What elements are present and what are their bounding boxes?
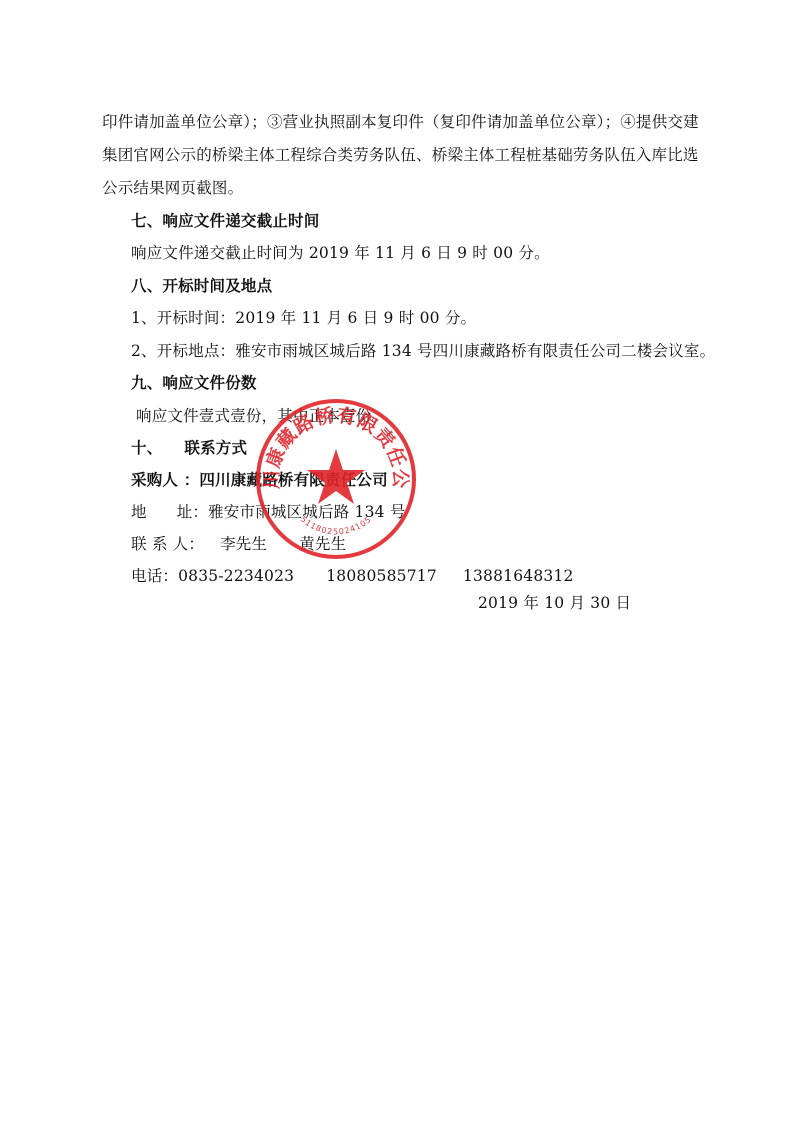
section-8-item-1: 1、开标时间：2019 年 11 月 6 日 9 时 00 分。	[131, 308, 476, 328]
phone-row: 电话：0835-22340231808058571713881648312	[131, 566, 574, 586]
phone-number-3: 13881648312	[463, 567, 574, 585]
paragraph-line-2: 集团官网公示的桥梁主体工程综合类劳务队伍、桥梁主体工程桩基础劳务队伍入库比选	[102, 145, 699, 165]
paragraph-line-1: 印件请加盖单位公章）；③营业执照副本复印件（复印件请加盖单位公章）；④提供交建	[102, 112, 699, 132]
address-label-char-2: 址：	[177, 503, 208, 521]
phone-number-1: 0835-2234023	[178, 567, 294, 585]
phone-label: 电话：	[131, 567, 178, 585]
purchaser-row: 采购人 ：四川康藏路桥有限责任公司	[131, 470, 388, 490]
address-label-char-1: 地	[131, 503, 147, 521]
contact-label: 联 系 人：	[131, 535, 204, 553]
address-value: 雅安市雨城区城后路 134 号	[208, 503, 405, 521]
section-9-body: 响应文件壹式壹份，其中正本壹份。	[136, 406, 387, 426]
section-10-heading: 十、联系方式	[131, 438, 247, 458]
contact-person-1: 李先生	[220, 535, 267, 553]
section-10-title: 联系方式	[184, 439, 247, 457]
purchaser-value: 四川康藏路桥有限责任公司	[199, 471, 387, 489]
contact-person-2: 黄先生	[299, 535, 346, 553]
paragraph-line-3: 公示结果网页截图。	[102, 178, 243, 198]
purchaser-label: 采购人 ：	[131, 471, 199, 489]
section-8-heading: 八、开标时间及地点	[131, 276, 272, 296]
section-8-item-2: 2、开标地点：雅安市雨城区城后路 134 号四川康藏路桥有限责任公司二楼会议室。	[131, 341, 715, 361]
section-10-number: 十、	[131, 439, 162, 457]
address-row: 地址：雅安市雨城区城后路 134 号	[131, 502, 406, 522]
document-page: 印件请加盖单位公章）；③营业执照副本复印件（复印件请加盖单位公章）；④提供交建 …	[0, 0, 800, 1131]
contact-row: 联 系 人：李先生黄先生	[131, 534, 346, 554]
section-7-heading: 七、响应文件递交截止时间	[131, 211, 319, 231]
section-7-body: 响应文件递交截止时间为 2019 年 11 月 6 日 9 时 00 分。	[131, 243, 550, 263]
section-9-heading: 九、响应文件份数	[131, 373, 257, 393]
document-date: 2019 年 10 月 30 日	[478, 593, 631, 613]
phone-number-2: 18080585717	[326, 567, 437, 585]
